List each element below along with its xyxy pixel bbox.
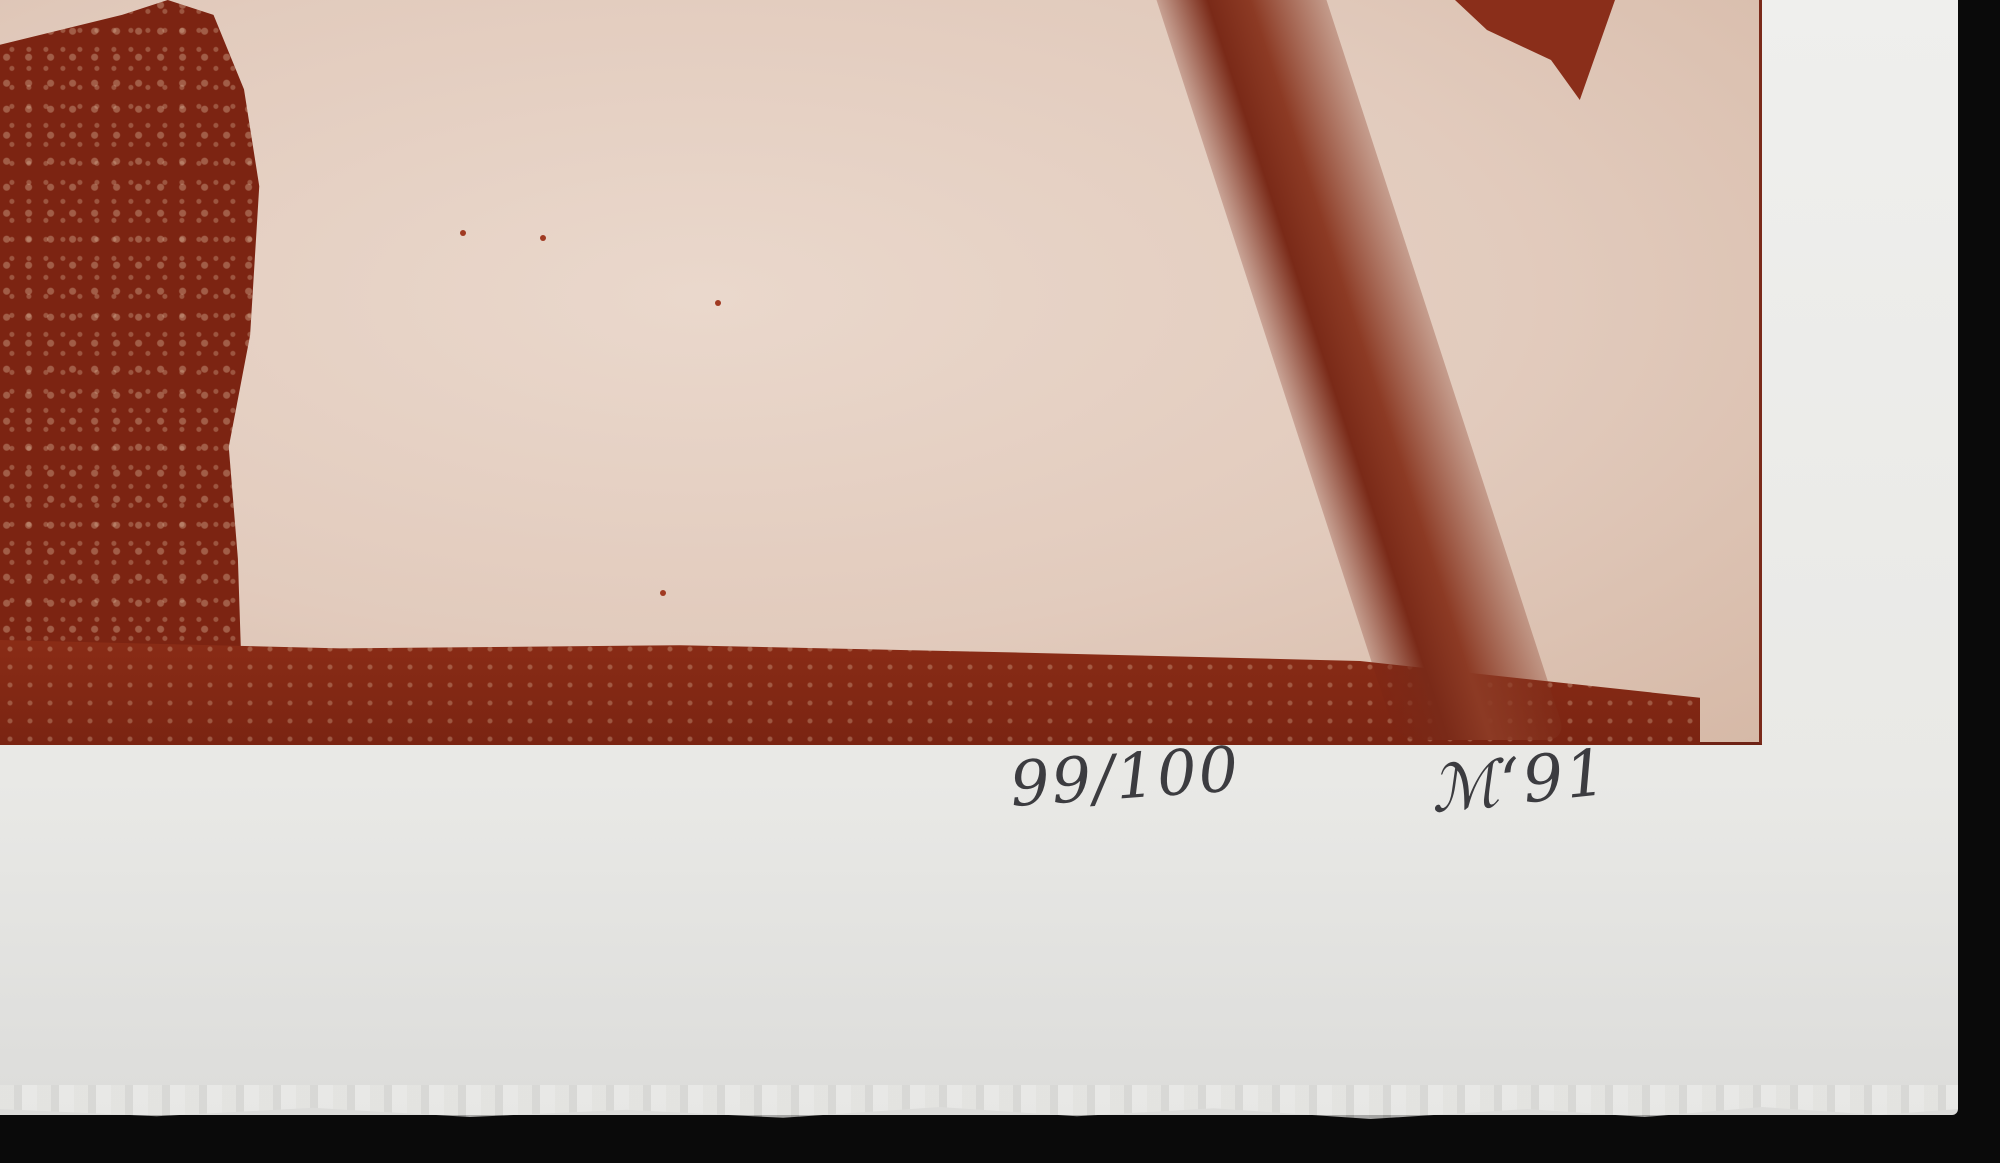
printed-plate-area (0, 0, 1762, 745)
ink-speck (540, 235, 546, 241)
ink-speck (715, 300, 721, 306)
ink-speck (460, 230, 466, 236)
ink-speck (660, 590, 666, 596)
top-right-shape (1455, 0, 1615, 100)
deckled-edge (0, 1085, 1958, 1125)
textured-figure-shape (0, 0, 305, 745)
diagonal-brush-stroke (1150, 0, 1567, 740)
